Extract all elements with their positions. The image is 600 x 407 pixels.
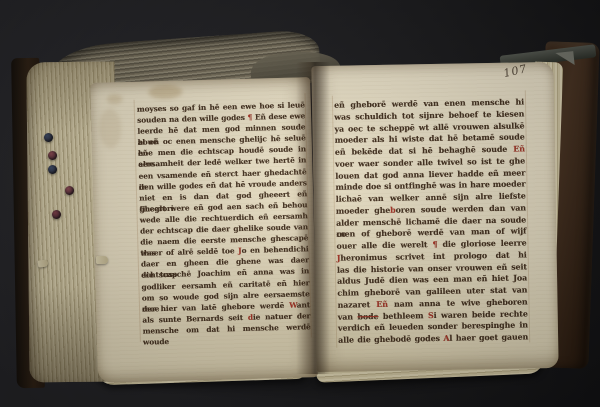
folio-number: 107 xyxy=(502,62,528,80)
ink-run: o en behendichi xyxy=(241,244,308,255)
parchment-stain xyxy=(106,94,122,104)
left-page: moyses so gaf in hē een ewe hoe si leuēs… xyxy=(90,77,318,383)
right-page: 107 eñ gheborē werdē van enen mensche hi… xyxy=(311,62,558,372)
ink-run: nazaret xyxy=(337,300,376,310)
parchment-stain xyxy=(148,85,182,100)
red-struck-run: bode xyxy=(357,312,378,321)
bookmark-knob-red-3 xyxy=(52,210,61,219)
left-page-lines: moyses so gaf in hē een ewe hoe si leuēs… xyxy=(137,99,311,336)
ink-run: voer waer sonder alle twivel so ist te g… xyxy=(335,156,525,168)
ink-run: ie natuer der xyxy=(253,311,311,322)
ink-run: moeder ghe xyxy=(336,206,390,216)
ink-run: ant xyxy=(297,300,311,309)
ink-run: eñ gheborē werdē van enen mensche hi xyxy=(334,97,524,109)
rubric-run: Eñ xyxy=(513,144,525,153)
ink-run: lichaē van welker annē sijn alre liefste xyxy=(336,191,526,203)
ink-run: die gloriose leerre xyxy=(437,238,526,249)
ink-run: van xyxy=(338,312,358,321)
ink-run: ouer alle die werelt xyxy=(336,240,432,251)
ink-run: chim gheborē van galileen uter stat van xyxy=(337,285,527,297)
bookmark-knob-blue-2 xyxy=(48,165,57,174)
ink-run: i waren beide rechte xyxy=(433,309,527,320)
text-line: alle die ghebodē godes Al haer goet gaue… xyxy=(338,331,528,346)
bookmark-knob-blue-1 xyxy=(44,133,53,142)
ink-run: heronimus scrivet int prologo dat hi xyxy=(340,250,526,262)
parchment-tab xyxy=(96,256,108,264)
ink-run: nam anna te wive gheboren xyxy=(388,297,528,308)
rubric-run: Eñ xyxy=(376,300,388,309)
manuscript-photograph: moyses so gaf in hē een ewe hoe si leuēs… xyxy=(0,0,600,407)
ink-run: was schuldich tot sijnre behoef te kiese… xyxy=(334,109,524,121)
parchment-stain xyxy=(99,108,122,149)
ink-run: mensche om dat hi mensche werdē woude xyxy=(143,322,311,346)
ink-run: eñ bekēde dat si hē behaghē soude xyxy=(335,145,514,157)
ink-run: l haer goet gauen xyxy=(449,332,528,342)
bookmark-knob-red-2 xyxy=(65,186,74,195)
ink-run: oren soude werden dan van xyxy=(395,203,525,214)
ink-run: Eñ dese ewe xyxy=(252,111,305,121)
bookmark-knob-red-1 xyxy=(48,151,57,160)
right-page-lines: eñ gheborē werdē van enen mensche hiwas … xyxy=(334,96,528,346)
ink-run: bethleem xyxy=(378,311,428,321)
ink-run: alle die ghebodē godes xyxy=(338,334,443,345)
